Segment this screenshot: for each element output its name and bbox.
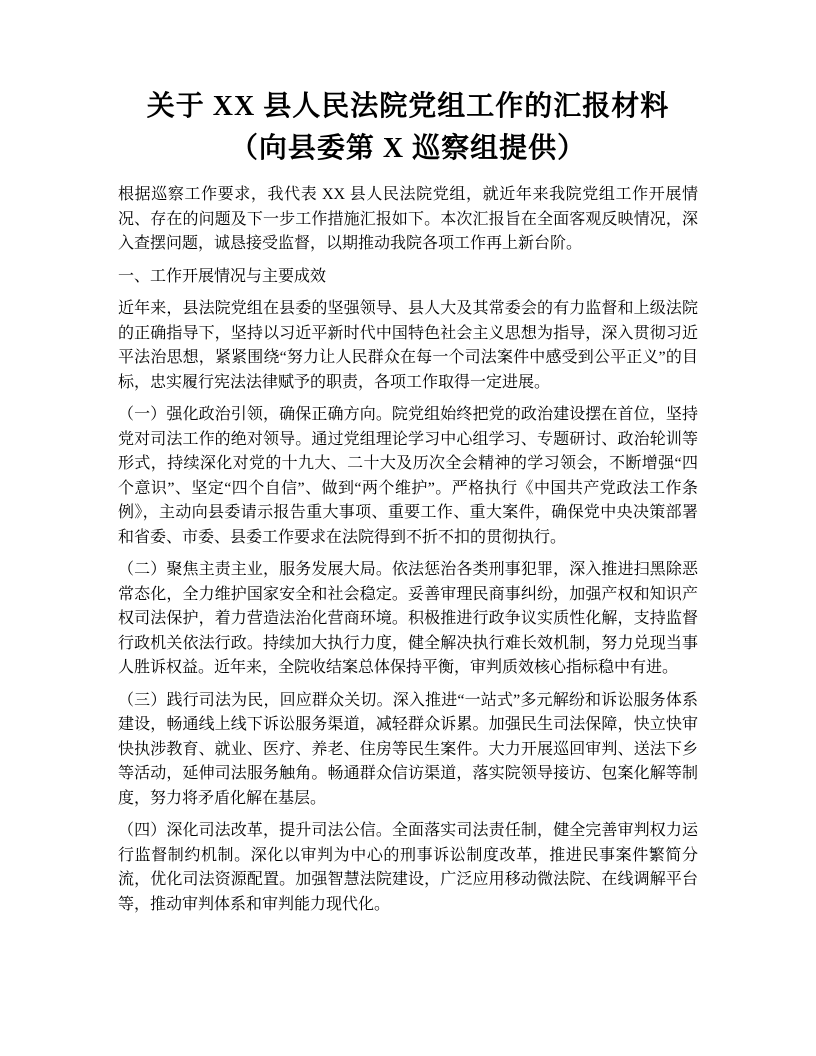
paragraph-item-3: （三）践行司法为民，回应群众关切。深入推进“一站式”多元解纷和诉讼服务体系建设，… (118, 689, 698, 812)
paragraph-overview: 近年来，县法院党组在县委的坚强领导、县人大及其常委会的有力监督和上级法院的正确指… (118, 297, 698, 395)
paragraph-item-1: （一）强化政治引领，确保正确方向。院党组始终把党的政治建设摆在首位，坚持党对司法… (118, 403, 698, 550)
paragraph-item-2: （二）聚焦主责主业，服务发展大局。依法惩治各类刑事犯罪，深入推进扫黑除恶常态化，… (118, 558, 698, 681)
document-page: 关于 XX 县人民法院党组工作的汇报材料（向县委第 X 巡察组提供） 根据巡察工… (0, 0, 816, 1056)
document-title: 关于 XX 县人民法院党组工作的汇报材料（向县委第 X 巡察组提供） (118, 86, 698, 170)
section-heading-1: 一、工作开展情况与主要成效 (118, 265, 698, 290)
paragraph-intro: 根据巡察工作要求，我代表 XX 县人民法院党组，就近年来我院党组工作开展情况、存… (118, 183, 698, 257)
paragraph-item-4: （四）深化司法改革，提升司法公信。全面落实司法责任制，健全完善审判权力运行监督制… (118, 819, 698, 917)
